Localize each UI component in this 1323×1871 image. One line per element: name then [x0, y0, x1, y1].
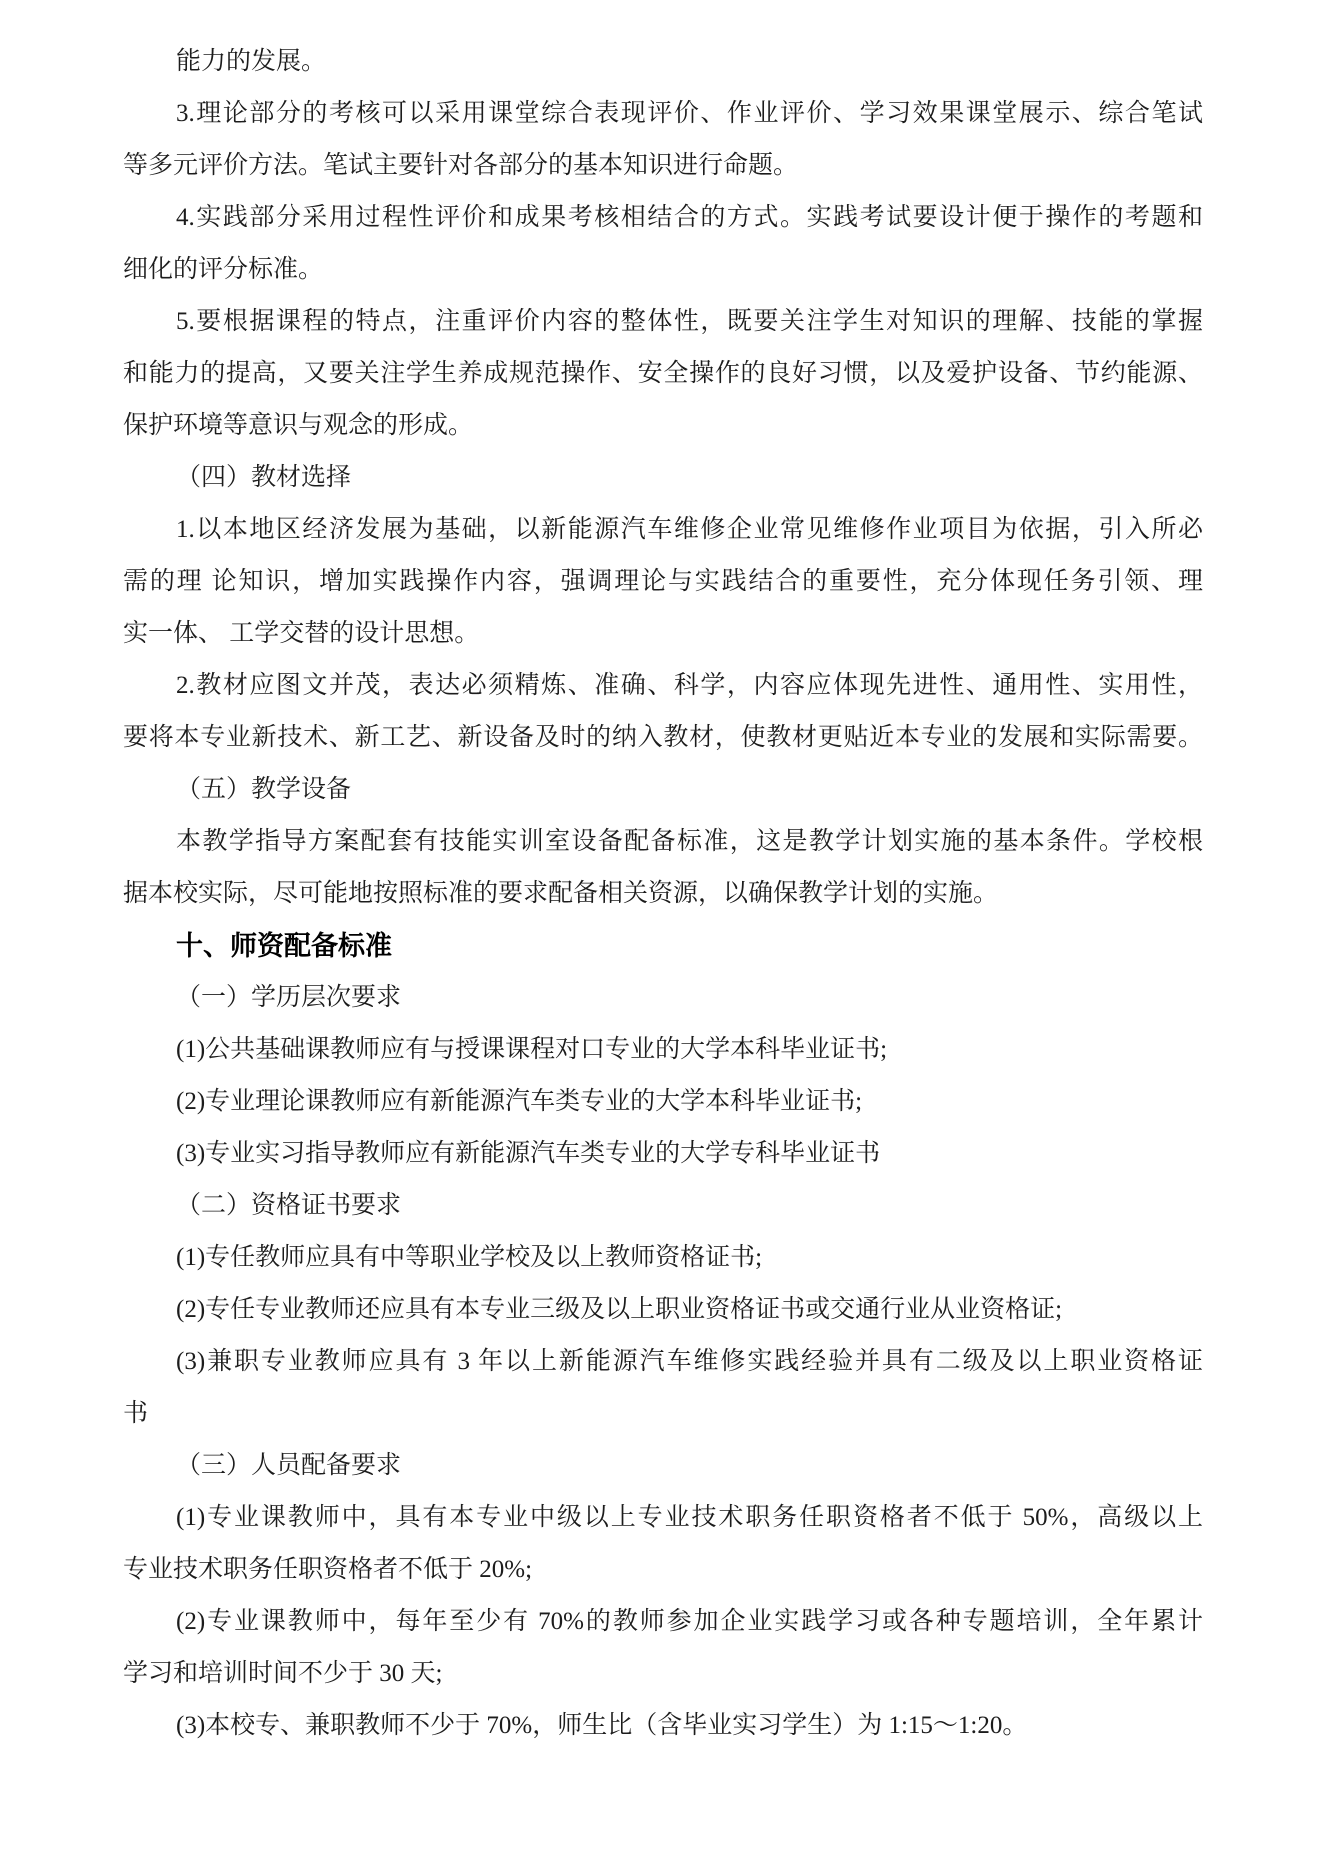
paragraph-line: 能力的发展。: [123, 36, 1203, 88]
paragraph-line: 实一体、 工学交替的设计思想。: [123, 608, 1203, 660]
list-item-line: (3)本校专、兼职教师不少于 70%，师生比（含毕业实习学生）为 1:15～1:…: [123, 1700, 1203, 1752]
paragraph-line: 2.教材应图文并茂，表达必须精炼、准确、科学，内容应体现先进性、通用性、实用性，: [123, 660, 1203, 712]
document-content: 能力的发展。3.理论部分的考核可以采用课堂综合表现评价、作业评价、学习效果课堂展…: [123, 36, 1203, 1752]
list-item-line: 学习和培训时间不少于 30 天;: [123, 1648, 1203, 1700]
paragraph-line: 需的理 论知识，增加实践操作内容，强调理论与实践结合的重要性，充分体现任务引领、…: [123, 556, 1203, 608]
list-item-line: (1)专业课教师中，具有本专业中级以上专业技术职务任职资格者不低于 50%，高级…: [123, 1492, 1203, 1544]
document-page: 能力的发展。3.理论部分的考核可以采用课堂综合表现评价、作业评价、学习效果课堂展…: [0, 0, 1323, 1871]
list-item-line: 专业技术职务任职资格者不低于 20%;: [123, 1544, 1203, 1596]
list-item-line: (3)兼职专业教师应具有 3 年以上新能源汽车维修实践经验并具有二级及以上职业资…: [123, 1336, 1203, 1388]
subsection-heading: （四）教材选择: [123, 452, 1203, 504]
subsection-heading: （三）人员配备要求: [123, 1440, 1203, 1492]
list-item-line: (3)专业实习指导教师应有新能源汽车类专业的大学专科毕业证书: [123, 1128, 1203, 1180]
subsection-heading: （五）教学设备: [123, 764, 1203, 816]
list-item-line: (2)专业理论课教师应有新能源汽车类专业的大学本科毕业证书;: [123, 1076, 1203, 1128]
paragraph-line: 保护环境等意识与观念的形成。: [123, 400, 1203, 452]
paragraph-line: 等多元评价方法。笔试主要针对各部分的基本知识进行命题。: [123, 140, 1203, 192]
paragraph-line: 要将本专业新技术、新工艺、新设备及时的纳入教材，使教材更贴近本专业的发展和实际需…: [123, 712, 1203, 764]
paragraph-line: 1.以本地区经济发展为基础，以新能源汽车维修企业常见维修作业项目为依据，引入所必: [123, 504, 1203, 556]
list-item-line: (2)专业课教师中，每年至少有 70%的教师参加企业实践学习或各种专题培训，全年…: [123, 1596, 1203, 1648]
list-item-line: 书: [123, 1388, 1203, 1440]
list-item-line: (1)公共基础课教师应有与授课课程对口专业的大学本科毕业证书;: [123, 1024, 1203, 1076]
list-item-line: (2)专任专业教师还应具有本专业三级及以上职业资格证书或交通行业从业资格证;: [123, 1284, 1203, 1336]
section-heading: 十、师资配备标准: [123, 920, 1203, 972]
paragraph-line: 本教学指导方案配套有技能实训室设备配备标准，这是教学计划实施的基本条件。学校根: [123, 816, 1203, 868]
subsection-heading: （一）学历层次要求: [123, 972, 1203, 1024]
paragraph-line: 5.要根据课程的特点，注重评价内容的整体性，既要关注学生对知识的理解、技能的掌握: [123, 296, 1203, 348]
paragraph-line: 细化的评分标准。: [123, 244, 1203, 296]
list-item-line: (1)专任教师应具有中等职业学校及以上教师资格证书;: [123, 1232, 1203, 1284]
paragraph-line: 3.理论部分的考核可以采用课堂综合表现评价、作业评价、学习效果课堂展示、综合笔试: [123, 88, 1203, 140]
paragraph-line: 和能力的提高，又要关注学生养成规范操作、安全操作的良好习惯，以及爱护设备、节约能…: [123, 348, 1203, 400]
paragraph-line: 据本校实际，尽可能地按照标准的要求配备相关资源，以确保教学计划的实施。: [123, 868, 1203, 920]
paragraph-line: 4.实践部分采用过程性评价和成果考核相结合的方式。实践考试要设计便于操作的考题和: [123, 192, 1203, 244]
subsection-heading: （二）资格证书要求: [123, 1180, 1203, 1232]
